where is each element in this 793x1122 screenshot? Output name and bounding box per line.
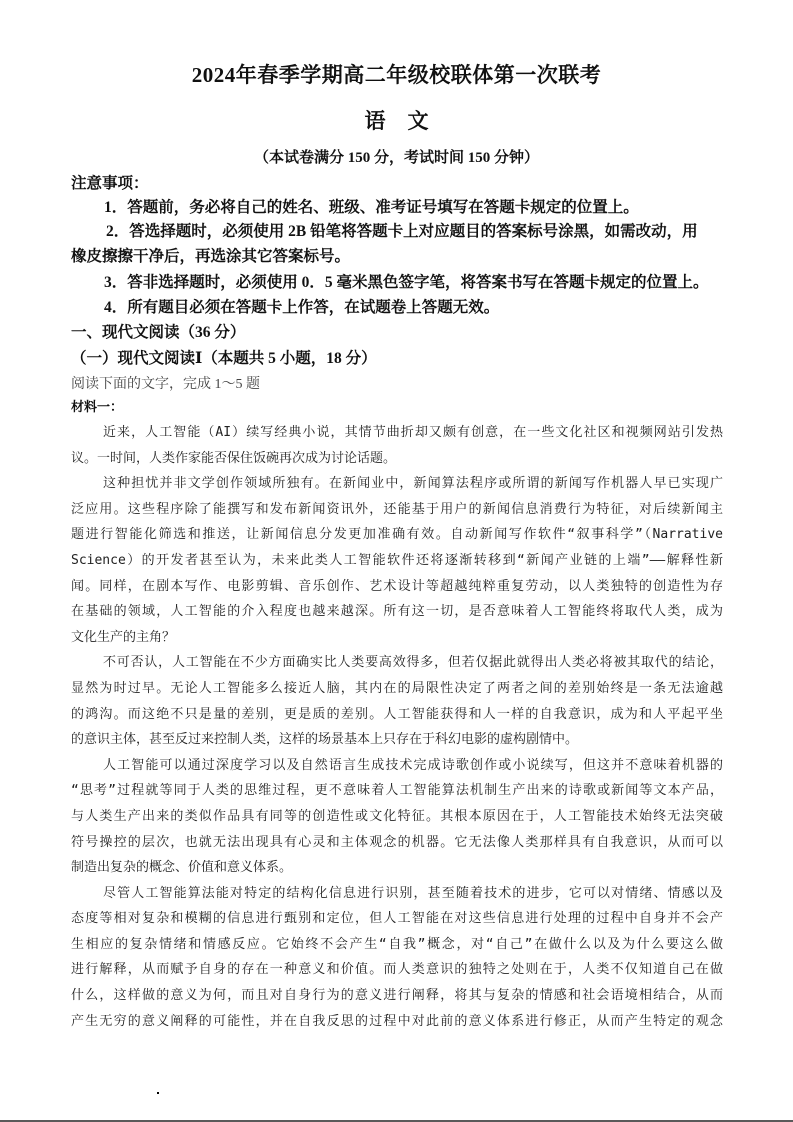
section-subheading: （一）现代文阅读Ⅰ（本题共 5 小题，18 分） (71, 346, 377, 368)
passage-line: 尽管人工智能算法能对特定的结构化信息进行识别，甚至随着技术的进步，它可以对情绪、… (71, 881, 723, 907)
notice-item-4: 4．所有题目必须在答题卡上作答，在试题卷上答题无效。 (104, 295, 499, 317)
page-mark (157, 1092, 159, 1094)
notice-heading: 注意事项： (71, 171, 149, 193)
passage-line: 在基础的领域，人工智能的介入程度也越来越深。所有这一切，是否意味着人工智能终将取… (71, 599, 723, 625)
exam-page: 2024年春季学期高二年级校联体第一次联考 语文 （本试卷满分 150 分，考试… (0, 0, 793, 1122)
passage-line: 近来，人工智能（AI）续写经典小说，其情节曲折却又颇有创意，在一些文化社区和视频… (71, 420, 723, 446)
passage-line: 显然为时过早。无论人工智能多么接近人脑，其内在的局限性决定了两者之间的差别始终是… (71, 676, 723, 702)
passage-line: 这种担忧并非文学创作领域所独有。在新闻业中，新闻算法程序或所谓的新闻写作机器人早… (71, 471, 723, 497)
reading-instruction: 阅读下面的文字，完成 1～5 题 (71, 373, 260, 393)
notice-item-2: 2．答选择题时，必须使用 2B 铅笔将答题卡上对应题目的答案标号涂黑，如需改动，… (106, 219, 698, 241)
passage-line: 泛应用。这些程序除了能撰写和发布新闻资讯外，还能基于用户的新闻信息消费行为特征，… (71, 497, 723, 523)
passage-line: 题进行智能化筛选和推送，让新闻信息分发更加准确有效。自动新闻写作软件“叙事科学”… (71, 522, 723, 548)
passage-line: 文化生产的主角？ (71, 625, 723, 651)
notice-item-1: 1．答题前，务必将自己的姓名、班级、准考证号填写在答题卡规定的位置上。 (104, 195, 639, 217)
notice-item-2-cont: 橡皮擦擦干净后，再选涂其它答案标号。 (71, 244, 350, 266)
passage-line: 不可否认，人工智能在不少方面确实比人类要高效得多，但若仅据此就得出人类必将被其取… (71, 650, 723, 676)
passage-line: 生相应的复杂情绪和情感反应。它始终不会产生“自我”概念，对“自己”在做什么以及为… (71, 932, 723, 958)
reading-passage: 近来，人工智能（AI）续写经典小说，其情节曲折却又颇有创意，在一些文化社区和视频… (71, 420, 723, 1034)
passage-line: “思考”过程就等同于人类的思维过程，更不意味着人工智能算法机制生产出来的诗歌或新… (71, 778, 723, 804)
passage-line: Science）的开发者甚至认为，未来此类人工智能软件还将逐渐转移到“新闻产业链… (71, 548, 723, 574)
subject-char-2: 文 (408, 108, 429, 133)
exam-meta: （本试卷满分 150 分，考试时间 150 分钟） (0, 146, 793, 167)
passage-line: 产生无穷的意义阐释的可能性，并在自我反思的过程中对此前的意义体系进行修正，从而产… (71, 1009, 723, 1035)
passage-line: 制造出复杂的概念、价值和意义体系。 (71, 855, 723, 881)
passage-line: 符号操控的层次，也就无法出现具有心灵和主体观念的机器。它无法像人类那样具有自我意… (71, 830, 723, 856)
passage-line: 议。一时间，人类作家能否保住饭碗再次成为讨论话题。 (71, 446, 723, 472)
passage-line: 的意识主体，甚至反过来控制人类，这样的场景基本上只存在于科幻电影的虚构剧情中。 (71, 727, 723, 753)
passage-line: 与人类生产出来的类似作品具有同等的创造性或文化特征。其根本原因在于，人工智能技术… (71, 804, 723, 830)
exam-title: 2024年春季学期高二年级校联体第一次联考 (0, 59, 793, 89)
material-label: 材料一： (71, 396, 123, 415)
passage-line: 态度等相对复杂和模糊的信息进行甄别和定位，但人工智能在对这些信息进行处理的过程中… (71, 906, 723, 932)
passage-line: 什么，这样做的意义为何，而且对自身行为的意义进行阐释，将其与复杂的情感和社会语境… (71, 983, 723, 1009)
subject-title: 语文 (0, 105, 793, 135)
passage-line: 闻。同样，在剧本写作、电影剪辑、音乐创作、艺术设计等超越纯粹重复劳动，以人类独特… (71, 574, 723, 600)
subject-char-1: 语 (365, 108, 386, 133)
passage-line: 人工智能可以通过深度学习以及自然语言生成技术完成诗歌创作或小说续写，但这并不意味… (71, 753, 723, 779)
section-heading: 一、现代文阅读（36 分） (71, 320, 245, 342)
passage-line: 的鸿沟。而这绝不只是量的差别，更是质的差别。人工智能获得和人一样的自我意识，成为… (71, 702, 723, 728)
notice-item-3: 3．答非选择题时，必须使用 0．5 毫米黑色签字笔，将答案书写在答题卡规定的位置… (104, 270, 709, 292)
passage-line: 进行解释，从而赋予自身的存在一种意义和价值。而人类意识的独特之处则在于，人类不仅… (71, 957, 723, 983)
